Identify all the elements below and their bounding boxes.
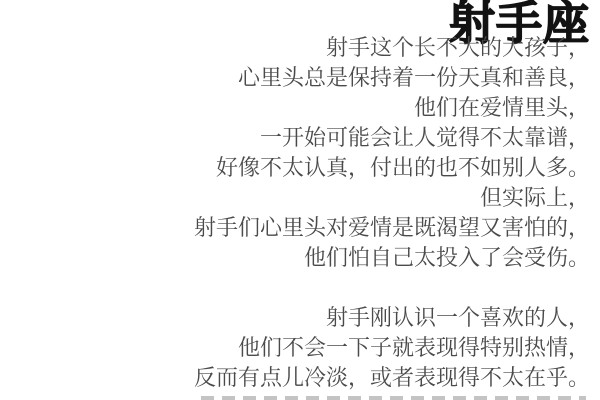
text-line: 但实际上，	[0, 183, 590, 213]
body-text: 射手这个长不大的大孩子， 心里头总是保持着一份天真和善良， 他们在爱情里头， 一…	[0, 33, 590, 393]
text-line: 心里头总是保持着一份天真和善良，	[0, 63, 590, 93]
text-line: 射手们心里头对爱情是既渴望又害怕的，	[0, 213, 590, 243]
text-line: 他们不会一下子就表现得特别热情，	[0, 333, 590, 363]
clipped-text-line	[201, 396, 586, 400]
text-line: 好像不太认真，付出的也不如别人多。	[0, 153, 590, 183]
text-line: 一开始可能会让人觉得不太靠谱，	[0, 123, 590, 153]
page: 射手座 射手这个长不大的大孩子， 心里头总是保持着一份天真和善良， 他们在爱情里…	[0, 0, 600, 400]
text-line: 反而有点儿冷淡，或者表现得不太在乎。	[0, 363, 590, 393]
paragraph-gap	[0, 273, 590, 303]
text-line: 射手这个长不大的大孩子，	[0, 33, 590, 63]
text-line: 射手刚认识一个喜欢的人，	[0, 303, 590, 333]
text-line: 他们在爱情里头，	[0, 93, 590, 123]
text-line: 他们怕自己太投入了会受伤。	[0, 243, 590, 273]
